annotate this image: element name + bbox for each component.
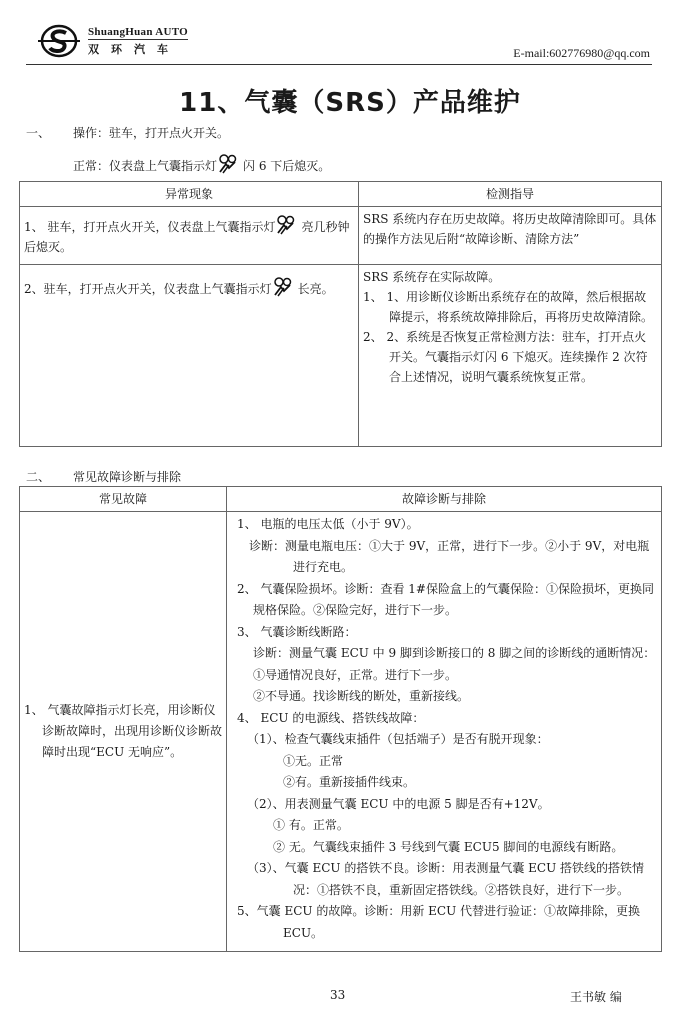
contact-email: E-mail:602776980@qq.com bbox=[513, 46, 650, 61]
table-row: 1、 气囊故障指示灯长亮，用诊断仪诊断故障时，出现用诊断仪诊断故障时出现“ECU… bbox=[20, 512, 662, 952]
abnormal-symptom-table: 异常现象 检测指导 1、 驻车，打开点火开关，仪表盘上气囊指示灯亮几秒钟后熄灭。… bbox=[19, 181, 662, 447]
symptom-cell: 2、驻车，打开点火开关，仪表盘上气囊指示灯长亮。 bbox=[20, 265, 359, 447]
col-header-diagnosis: 故障诊断与排除 bbox=[227, 487, 662, 512]
table-row: 1、 驻车，打开点火开关，仪表盘上气囊指示灯亮几秒钟后熄灭。 SRS 系统内存在… bbox=[20, 207, 662, 265]
logo-chinese: 双环汽车 bbox=[88, 41, 188, 57]
col-header-guide: 检测指导 bbox=[359, 182, 662, 207]
page-title: 11、气囊（SRS）产品维护 bbox=[0, 82, 700, 119]
airbag-indicator-icon bbox=[275, 215, 297, 235]
page-header: ShuangHuan AUTO 双环汽车 E-mail:602776980@qq… bbox=[26, 20, 652, 65]
shuanghuan-logo-icon bbox=[36, 23, 82, 59]
col-header-fault: 常见故障 bbox=[20, 487, 227, 512]
col-header-symptom: 异常现象 bbox=[20, 182, 359, 207]
section2-number: 二、 bbox=[26, 468, 50, 485]
diagnosis-cell: 1、 电瓶的电压太低（小于 9V）。 诊断：测量电瓶电压：①大于 9V，正常，进… bbox=[227, 512, 662, 952]
normal-text-post: 闪 6 下后熄灭。 bbox=[243, 159, 330, 173]
guide-cell: SRS 系统内存在历史故障。将历史故障清除即可。具体的操作方法见后附“故障诊断、… bbox=[359, 207, 662, 265]
section2-title: 常见故障诊断与排除 bbox=[73, 468, 181, 485]
guide-cell: SRS 系统存在实际故障。 1、 1、用诊断仪诊断出系统存在的故障，然后根据故障… bbox=[359, 265, 662, 447]
logo-english: ShuangHuan AUTO bbox=[88, 26, 188, 40]
table-row: 2、驻车，打开点火开关，仪表盘上气囊指示灯长亮。 SRS 系统存在实际故障。 1… bbox=[20, 265, 662, 447]
normal-text-pre: 正常：仪表盘上气囊指示灯 bbox=[73, 159, 217, 173]
symptom-cell: 1、 驻车，打开点火开关，仪表盘上气囊指示灯亮几秒钟后熄灭。 bbox=[20, 207, 359, 265]
page-number: 33 bbox=[330, 988, 345, 1002]
section1-number: 一、 bbox=[26, 124, 50, 141]
airbag-indicator-icon bbox=[272, 277, 294, 297]
author-credit: 王书敏 编 bbox=[570, 988, 622, 1005]
section1-operation: 操作：驻车，打开点火开关。 bbox=[73, 124, 229, 141]
brand-logo: ShuangHuan AUTO 双环汽车 bbox=[36, 23, 188, 59]
section1-normal: 正常：仪表盘上气囊指示灯闪 6 下后熄灭。 bbox=[73, 154, 330, 174]
fault-diagnosis-table: 常见故障 故障诊断与排除 1、 气囊故障指示灯长亮，用诊断仪诊断故障时，出现用诊… bbox=[19, 486, 662, 952]
fault-cell: 1、 气囊故障指示灯长亮，用诊断仪诊断故障时，出现用诊断仪诊断故障时出现“ECU… bbox=[20, 512, 227, 952]
airbag-indicator-icon bbox=[217, 154, 239, 174]
